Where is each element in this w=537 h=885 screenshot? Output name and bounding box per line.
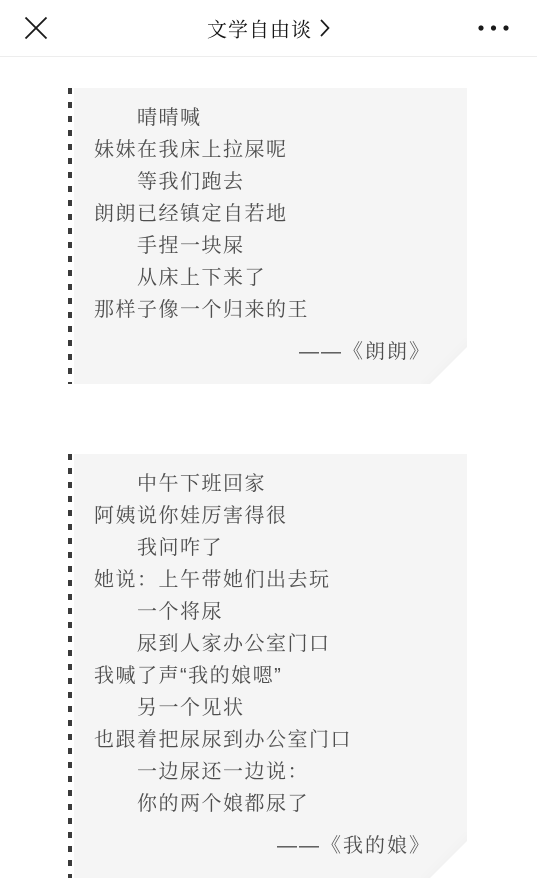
poem-line: 她说：上午带她们出去玩 [94,564,443,596]
close-icon [24,16,48,40]
poem-line: 中午下班回家 [94,468,443,500]
poem-attribution: ——《朗朗》 [94,336,443,368]
dashed-left-border [68,454,72,878]
poem-line: 那样子像一个归来的王 [94,294,443,326]
poem-block-langlang: 晴晴喊妹妹在我床上拉屎呢等我们跑去朗朗已经镇定自若地手捏一块屎从床上下来了那样子… [68,88,467,384]
poem-line: 我喊了声“我的娘嗯” [94,660,443,692]
dashed-left-border [68,88,72,384]
poem-line: 一个将尿 [94,596,443,628]
poem-line: 另一个见状 [94,692,443,724]
poem-line: 我问咋了 [94,532,443,564]
poem-line: 阿姨说你娃厉害得很 [94,500,443,532]
more-button[interactable] [478,25,509,31]
page-title[interactable]: 文学自由谈 [207,14,330,43]
poem-block-wodeniang: 中午下班回家阿姨说你娃厉害得很我问咋了她说：上午带她们出去玩一个将尿尿到人家办公… [68,454,467,878]
poem-line: 朗朗已经镇定自若地 [94,198,443,230]
poem-line: 等我们跑去 [94,166,443,198]
poem-line: 也跟着把尿尿到办公室门口 [94,724,443,756]
poem-body: 中午下班回家阿姨说你娃厉害得很我问咋了她说：上午带她们出去玩一个将尿尿到人家办公… [74,454,467,878]
poem-attribution: ——《我的娘》 [94,830,443,862]
page-title-label: 文学自由谈 [207,14,312,43]
chevron-right-icon [319,19,330,38]
header-bar: 文学自由谈 [0,0,537,57]
poem-line: 一边尿还一边说： [94,756,443,788]
close-button[interactable] [24,16,48,40]
more-dots-icon [478,25,509,31]
poem-line: 你的两个娘都尿了 [94,788,443,820]
poem-body: 晴晴喊妹妹在我床上拉屎呢等我们跑去朗朗已经镇定自若地手捏一块屎从床上下来了那样子… [74,88,467,384]
poem-line: 手捏一块屎 [94,230,443,262]
poem-line: 从床上下来了 [94,262,443,294]
poem-line: 尿到人家办公室门口 [94,628,443,660]
article-content: 晴晴喊妹妹在我床上拉屎呢等我们跑去朗朗已经镇定自若地手捏一块屎从床上下来了那样子… [0,57,537,878]
poem-line: 妹妹在我床上拉屎呢 [94,134,443,166]
poem-line: 晴晴喊 [94,102,443,134]
